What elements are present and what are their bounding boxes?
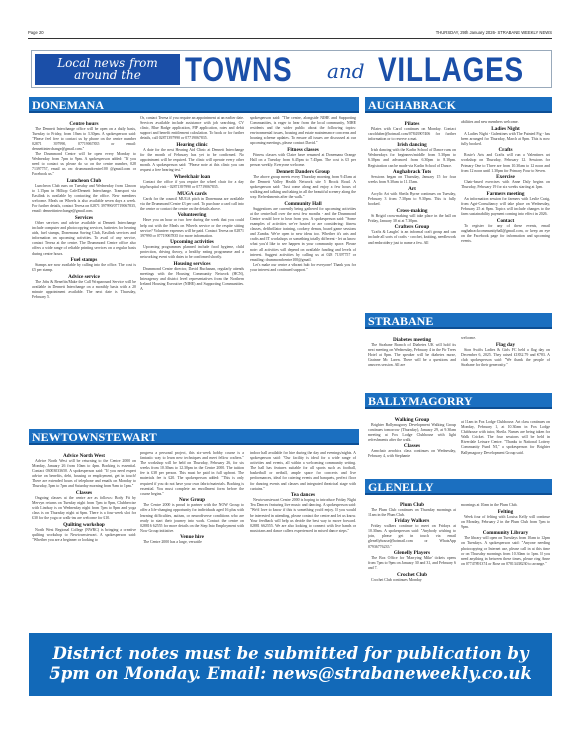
banner-line-1: District notes must be submitted for pub… bbox=[29, 644, 552, 664]
article-paragraph: Have you an hour or two free during the … bbox=[140, 218, 244, 238]
article-paragraph: The Strabane Branch of Diabetes UK will … bbox=[368, 343, 456, 368]
dateline: THURSDAY, 29th January 2026- STRABANE WE… bbox=[436, 30, 552, 35]
article-paragraph: Week four of felting with Louisa Kelly w… bbox=[461, 515, 550, 530]
article-paragraph: Pilates with Carol continues on Monday. … bbox=[368, 127, 456, 142]
article-paragraph: North West Regional College (NWRC) is br… bbox=[32, 528, 136, 543]
article-column: Advice North WestAdvice North West will … bbox=[32, 452, 136, 628]
page-number: Page 20 bbox=[28, 30, 44, 35]
article-column: Plum ClubThe Plum Club continues on Thur… bbox=[368, 501, 456, 626]
masthead: Local news from around the TOWNS and VIL… bbox=[31, 50, 552, 88]
article-paragraph: Advice North West will be returning to t… bbox=[32, 459, 136, 490]
article-paragraph: The above group meets every Thursday mor… bbox=[250, 175, 356, 200]
article-paragraph: welcome. bbox=[461, 336, 550, 341]
article-paragraph: The Centre 2000 is proud to partner with… bbox=[140, 503, 244, 534]
article-paragraph: The library will open on Tuesdays from 1… bbox=[461, 536, 550, 567]
article-paragraph: The Jobs & Benefits/Make the Call Wrapar… bbox=[32, 280, 136, 300]
masthead-tagline: Local news from around the bbox=[35, 54, 180, 85]
article-column: Centre hoursThe Dennett Interchange offi… bbox=[32, 120, 136, 425]
section-header-strabane: STRABANE bbox=[365, 313, 552, 329]
article-paragraph: Brighter Ballymagorry Development Walkin… bbox=[368, 423, 456, 443]
article-paragraph: Let's make our centre a vibrant hub for … bbox=[250, 263, 356, 273]
article-column: indoor hall available for hire during th… bbox=[250, 451, 356, 628]
article-column: Or, contact Teresa if you require an app… bbox=[140, 116, 244, 425]
article-paragraph: spokesperson said: "The centre, alongsid… bbox=[250, 116, 356, 147]
article-paragraph: An information session for farmers with … bbox=[461, 197, 550, 217]
masthead-towns: TOWNS bbox=[185, 51, 292, 89]
article-paragraph: Crochet Club continues Monday bbox=[368, 578, 456, 583]
article-paragraph: Other services and advice available at D… bbox=[32, 221, 136, 257]
article-paragraph: Ongoing classes at the centre are as fol… bbox=[32, 496, 136, 521]
article-column: abilities and new members welcome.Ladies… bbox=[461, 120, 550, 310]
article-column: PilatesPilates with Carol continues on M… bbox=[368, 120, 456, 310]
article-paragraph: Newtownstewart Centre 2000 is hoping to … bbox=[250, 498, 356, 534]
article-paragraph: St Brigid cross-making will take place i… bbox=[368, 214, 456, 224]
banner-line-2: 5pm on Monday. Email: news@strabaneweekl… bbox=[29, 664, 552, 684]
article-paragraph: Luncheon Club runs on Tuesday and Wednes… bbox=[32, 184, 136, 215]
article-paragraph: The Drummond Centre will be open every M… bbox=[32, 152, 136, 177]
article-column: welcome.Flag daySion Swifts Ladies & Gir… bbox=[461, 336, 550, 392]
submission-deadline-banner: District notes must be submitted for pub… bbox=[29, 633, 552, 696]
article-paragraph: Chair-based exercises with Anne Daly beg… bbox=[461, 180, 550, 190]
masthead-and: and bbox=[327, 59, 365, 83]
article-paragraph: Fitness classes with Claire have resumed… bbox=[250, 153, 356, 168]
article-column: progress a personal project, this six-we… bbox=[140, 451, 244, 628]
article-paragraph: Armchair aerobics class continues on Wed… bbox=[368, 449, 456, 459]
article-paragraph: Friday walkers continue to meet on Frida… bbox=[368, 524, 456, 549]
article-column: at 11am in Fox Lodge Clubhouse. Art clas… bbox=[461, 420, 550, 476]
article-paragraph: indoor hall available for hire during th… bbox=[250, 451, 356, 492]
article-paragraph: A date for the next Hearing Aid Clinic a… bbox=[140, 148, 244, 173]
article-paragraph: The Plum Club continues on Thursday morn… bbox=[368, 508, 456, 518]
article-paragraph: Drummond Centre director, David Buchanan… bbox=[140, 267, 244, 292]
article-paragraph: Cards for the council MUGA pitch in Done… bbox=[140, 197, 244, 212]
section-header-glenelly: GLENELLY bbox=[365, 479, 552, 495]
section-header-newtownstewart: NEWTOWNSTEWART bbox=[29, 429, 359, 445]
article-paragraph: The Dennett Interchange office will be o… bbox=[32, 127, 136, 152]
article-paragraph: Or, contact Teresa if you require an app… bbox=[140, 116, 244, 141]
article-paragraph: To register for any of these events, ema… bbox=[461, 224, 550, 244]
article-paragraph: at 11am in Fox Lodge Clubhouse. Art clas… bbox=[461, 420, 550, 456]
article-paragraph: Suggestions are currently being gathered… bbox=[250, 207, 356, 263]
section-header-aughabrack: AUGHABRACK bbox=[365, 97, 552, 113]
article-paragraph: Rosie's Arts and Crafts will run a Valen… bbox=[461, 153, 550, 173]
article-paragraph: Contact the office if you require the wh… bbox=[140, 180, 244, 190]
article-paragraph: Upcoming programmes planned include food… bbox=[140, 245, 244, 260]
article-paragraph: mornings at 10am in the Plum Club. bbox=[461, 503, 550, 508]
article-paragraph: Acrylic Art with Sheila Byrne continues … bbox=[368, 192, 456, 207]
section-header-ballymagorry: BALLYMAGORRY bbox=[365, 393, 552, 409]
article-paragraph: Irish dancing with the Karlin School of … bbox=[368, 148, 456, 168]
article-paragraph: Sessions began on Thursday, January 15 f… bbox=[368, 175, 456, 185]
article-paragraph: The Box Office for 'Marrying Mike' ticke… bbox=[368, 556, 456, 571]
article-paragraph: The Centre 2000 has a large, versatile bbox=[140, 540, 244, 545]
article-column: Walking GroupBrighter Ballymagorry Devel… bbox=[368, 416, 456, 476]
article-column: spokesperson said: "The centre, alongsid… bbox=[250, 116, 356, 425]
article-paragraph: 'Crafts & Laughs' is an informal craft g… bbox=[368, 230, 456, 245]
article-column: Diabetes meetingThe Strabane Branch of D… bbox=[368, 336, 456, 392]
article-paragraph: progress a personal project, this six-we… bbox=[140, 451, 244, 497]
article-paragraph: Stamps are now available by calling into… bbox=[32, 263, 136, 273]
page-header: Page 20 THURSDAY, 29th January 2026- STR… bbox=[28, 29, 552, 39]
article-paragraph: abilities and new members welcome. bbox=[461, 120, 550, 125]
article-paragraph: Sion Swifts Ladies & Girls FC held a fla… bbox=[461, 348, 550, 368]
tagline-line-2: around the bbox=[35, 69, 180, 81]
section-header-donemana: DONEMANA bbox=[29, 97, 359, 113]
article-paragraph: A Ladies Night - Galentines with The Pai… bbox=[461, 132, 550, 147]
article-column: mornings at 10am in the Plum Club.Feltin… bbox=[461, 503, 550, 626]
masthead-villages: VILLAGES bbox=[378, 51, 524, 89]
